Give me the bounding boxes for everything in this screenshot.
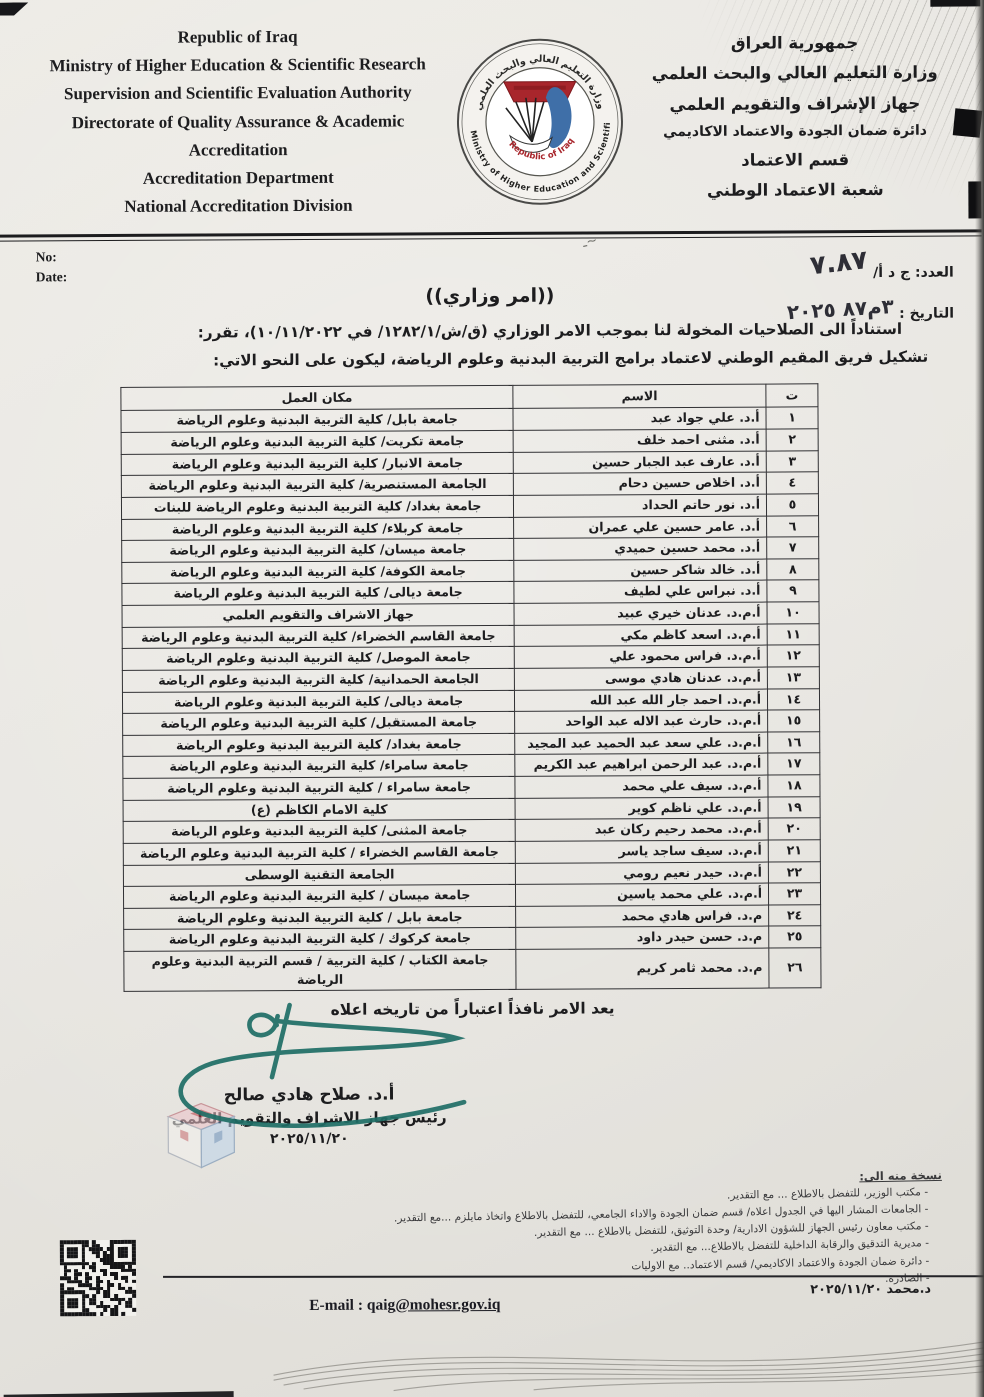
cell-index: ٧	[767, 537, 819, 559]
cell-index: ١٢	[767, 645, 819, 667]
header-line: قسم الاعتماد	[635, 144, 955, 176]
cell-name: أ.د. مثنى احمد خلف	[513, 429, 766, 452]
english-header: Republic of Iraq Ministry of Higher Educ…	[30, 22, 445, 222]
header-line: جهاز الإشراف والتقويم العلمي	[635, 88, 955, 120]
cell-index: ٣	[766, 450, 818, 472]
cell-workplace: الجامعة الحمدانية/ كلية التربية البدنية …	[122, 668, 514, 692]
header-index: ت	[766, 384, 818, 408]
cell-name: أ.م.د. حيدر نعيم رومي	[516, 862, 769, 885]
cell-workplace: جامعة القاسم الخضراء / كلية التربية البد…	[123, 841, 515, 865]
scanned-document-page: Republic of Iraq Ministry of Higher Educ…	[0, 0, 984, 1397]
header-line: دائرة ضمان الجودة والاعتماد الاكاديمي	[635, 119, 955, 146]
intro-line-1: استناداً الى الصلاحيات المخولة لنا بموجب…	[52, 314, 928, 347]
cell-workplace: جامعة الموصل/ كلية التربية البدنية وعلوم…	[122, 647, 514, 671]
cell-index: ١٤	[767, 688, 819, 710]
cell-index: ١٦	[768, 732, 820, 754]
cell-name: م.د. محمد ثامر كريم	[516, 948, 769, 990]
page-footer: د.محمد ٢٠٢٥/١١/٢٠ E-mail : qaig@mohesr.g…	[3, 1225, 984, 1397]
intro-line-2: تشكيل فريق المقيم الوطني لاعتماد برامج ا…	[52, 342, 928, 375]
cell-index: ٨	[767, 559, 819, 581]
cell-index: ٦	[767, 515, 819, 537]
cell-index: ٥	[766, 494, 818, 516]
cell-name: م.د. حسن حيدر داود	[516, 926, 769, 949]
cell-workplace: جامعة بغداد/ كلية التربية البدنية وعلوم …	[121, 495, 513, 519]
cell-name: أ.م.د. احمد جار الله عبد الله	[515, 689, 768, 712]
cell-workplace: جامعة القاسم الخضراء/ كلية التربية البدن…	[122, 625, 514, 649]
qr-code	[60, 1240, 136, 1316]
cell-index: ٩	[767, 580, 819, 602]
cell-name: أ.م.د. عدنان هادي موسى	[515, 667, 768, 690]
no-label: No:	[36, 247, 68, 267]
cell-workplace: جامعة الكتاب / كلية التربية / قسم التربي…	[124, 949, 516, 991]
footer-divider	[163, 1275, 984, 1278]
cell-workplace: الجامعة المستنصرية/ كلية التربية البدنية…	[121, 474, 513, 498]
header-workplace: مكان العمل	[121, 385, 513, 411]
cell-workplace: جامعة الانبار/ كلية التربية البدنية وعلو…	[121, 452, 513, 476]
header-line: شعبة الاعتماد الوطني	[635, 175, 955, 207]
email-domain: @mohesr.gov.iq	[395, 1296, 500, 1314]
pen-mark: ـ~	[581, 233, 599, 251]
cell-name: أ.م.د. سيف علي محمد	[515, 775, 768, 798]
cell-workplace: جامعة الكوفة/ كلية التربية البدنية وعلوم…	[122, 560, 514, 584]
table-row: ٢٦م.د. محمد ثامر كريمجامعة الكتاب / كلية…	[124, 948, 821, 992]
cell-workplace: جامعة المستقبل/ كلية التربية البدنية وعل…	[123, 712, 515, 736]
cell-index: ١٧	[768, 753, 820, 775]
number-label: العدد: ج د أ/	[873, 264, 954, 280]
cell-workplace: جامعة ديالى/ كلية التربية البدنية وعلوم …	[122, 582, 514, 606]
intro-paragraph: استناداً الى الصلاحيات المخولة لنا بموجب…	[52, 314, 928, 375]
cell-workplace: جامعة ميسان / كلية التربية البدنية وعلوم…	[123, 885, 515, 909]
signature-block: أ.د. صلاح هادي صالح رئيس جهاز الاشراف وا…	[94, 1022, 525, 1176]
letterhead: Republic of Iraq Ministry of Higher Educ…	[0, 0, 982, 228]
cell-workplace: جهاز الاشراف والتقويم العلمي	[122, 603, 514, 627]
cell-name: أ.د. عامر حسين علي عمران	[514, 516, 767, 539]
header-line: Ministry of Higher Education & Scientifi…	[31, 50, 445, 80]
cell-index: ١٨	[768, 775, 820, 797]
evaluators-table-body: ١أ.د. علي جواد عبدجامعة بابل/ كلية الترب…	[121, 407, 821, 992]
cell-index: ١١	[767, 623, 819, 645]
header-line: وزارة التعليم العالي والبحث العلمي	[635, 58, 955, 90]
cell-index: ١٩	[768, 796, 820, 818]
cell-name: أ.م.د. حارث عبد الاله عبد الواحد	[515, 710, 768, 733]
cell-index: ٢٠	[768, 818, 820, 840]
guilloche-waves	[273, 1313, 984, 1395]
cell-name: أ.م.د. فراس محمود علي	[514, 645, 767, 668]
header-line: Directorate of Quality Assurance & Acade…	[31, 107, 445, 137]
cell-workplace: جامعة سامراء / كلية التربية البدنية وعلو…	[123, 776, 515, 800]
cell-index: ٤	[766, 472, 818, 494]
arabic-header: جمهورية العراق وزارة التعليم العالي والب…	[634, 28, 955, 207]
header-line: Accreditation	[31, 135, 445, 165]
reference-english: No: Date:	[36, 247, 68, 288]
evaluators-table: ت الاسم مكان العمل ١أ.د. علي جواد عبدجام…	[120, 383, 821, 992]
cell-workplace: جامعة ميسان/ كلية التربية البدنية وعلوم …	[122, 539, 514, 563]
cell-index: ٢٥	[769, 926, 821, 948]
cell-name: أ.م.د. اسعد كاظم مكي	[514, 624, 767, 647]
cell-workplace: جامعة كركوك / كلية التربية البدنية وعلوم…	[124, 928, 516, 952]
cell-workplace: جامعة تكريت/ كلية التربية البدنية وعلوم …	[121, 430, 513, 454]
cell-workplace: الجامعة التقنية الوسطى	[123, 863, 515, 887]
cell-name: أ.د. نور حاتم الحداد	[514, 494, 767, 517]
cell-index: ٢١	[768, 840, 820, 862]
cell-workplace: جامعة كربلاء/ كلية التربية البدنية وعلوم…	[122, 517, 514, 541]
header-line: Supervision and Scientific Evaluation Au…	[31, 79, 445, 109]
cell-workplace: جامعة ديالى/ كلية التربية البدنية وعلوم …	[122, 690, 514, 714]
cell-workplace: جامعة بابل / كلية التربية البدنية وعلوم …	[124, 906, 516, 930]
cell-name: أ.د. نبراس علي لطيف	[514, 580, 767, 603]
date-label: Date:	[36, 267, 68, 287]
cell-name: أ.م.د. علي محمد ياسين	[516, 883, 769, 906]
cell-name: أ.د. خالد شاكر حسين	[514, 559, 767, 582]
email-label: E-mail :	[309, 1297, 367, 1314]
cell-name: أ.م.د. علي ناظم كوير	[515, 797, 768, 820]
cell-workplace: جامعة المثنى/ كلية التربية البدنية وعلوم…	[123, 820, 515, 844]
cell-workplace: كلية الامام الكاظم (ع)	[123, 798, 515, 822]
cell-workplace: جامعة بغداد/ كلية التربية البدنية وعلوم …	[123, 733, 515, 757]
cell-index: ٢٤	[769, 905, 821, 927]
footer-annotation: د.محمد ٢٠٢٥/١١/٢٠	[810, 1282, 931, 1298]
cell-index: ١	[766, 407, 818, 429]
scan-artifact	[930, 0, 980, 7]
cell-index: ١٠	[767, 602, 819, 624]
cell-workplace: جامعة سامراء/ كلية التربية البدنية وعلوم…	[123, 755, 515, 779]
cell-index: ١٣	[767, 667, 819, 689]
header-line: National Accreditation Division	[31, 192, 445, 222]
cell-name: أ.م.د. سيف ساجد ياسر	[515, 840, 768, 863]
signature-scribble	[112, 998, 493, 1158]
header-line: جمهورية العراق	[634, 28, 954, 60]
cell-index: ٢٢	[768, 861, 820, 883]
header-line: Republic of Iraq	[30, 22, 444, 52]
scan-edge-shadow	[975, 0, 984, 1397]
email-link[interactable]: qaig@mohesr.gov.iq	[367, 1296, 501, 1314]
cell-index: ٢	[766, 429, 818, 451]
ministry-seal: وزارة التعليم العالي والبحث العلمي Minis…	[445, 35, 636, 208]
cell-name: أ.د. اخلاص حسين دحام	[514, 472, 767, 495]
cell-name: أ.م.د. عبد الرحمن ابراهيم عبد الكريم	[515, 753, 768, 776]
cell-name: أ.م.د. محمد رحيم ركان عبد	[515, 818, 768, 841]
header-name: الاسم	[513, 384, 766, 409]
cell-index: ٢٣	[768, 883, 820, 905]
cell-name: أ.م.د. علي سعد عبد الحميد عبد المجيد	[515, 732, 768, 755]
cell-workplace: جامعة بابل/ كلية التربية البدنية وعلوم ا…	[121, 409, 513, 433]
cell-name: أ.د. محمد حسين حميدي	[514, 537, 767, 560]
cell-name: أ.د. عارف عبد الجبار حسين	[513, 451, 766, 474]
header-line: Accreditation Department	[31, 163, 445, 193]
cell-name: م.د. فراس هادي محمد	[516, 905, 769, 928]
cell-name: أ.د. علي جواد عبد	[513, 407, 766, 430]
cell-index: ١٥	[768, 710, 820, 732]
cell-name: أ.م.د. عدنان خيري عبيد	[514, 602, 767, 625]
cell-index: ٢٦	[769, 948, 821, 989]
email-user: qaig	[367, 1297, 396, 1314]
email-line: E-mail : qaig@mohesr.gov.iq	[309, 1296, 500, 1315]
